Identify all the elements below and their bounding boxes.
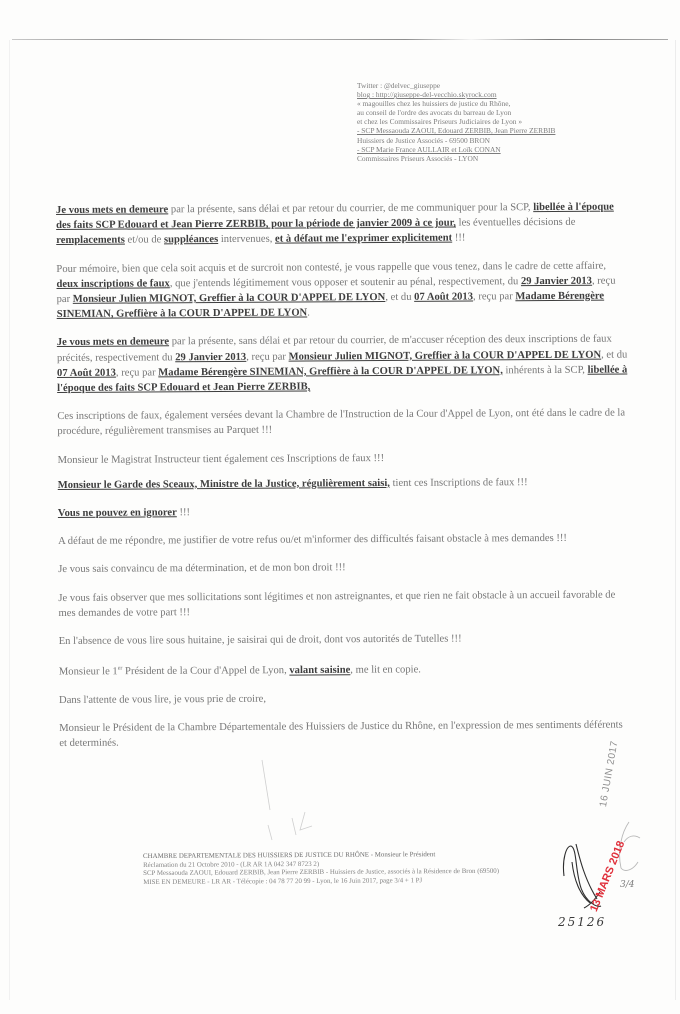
handwritten-page-note: 3/4 xyxy=(620,880,634,890)
handwriting-overlay xyxy=(0,0,680,1014)
scanned-letter-page: Twitter : @delvec_giuseppe blog : http:/… xyxy=(0,0,680,1014)
faint-pencil-marks-icon xyxy=(262,760,312,840)
handwritten-number: 25126 xyxy=(558,915,606,929)
